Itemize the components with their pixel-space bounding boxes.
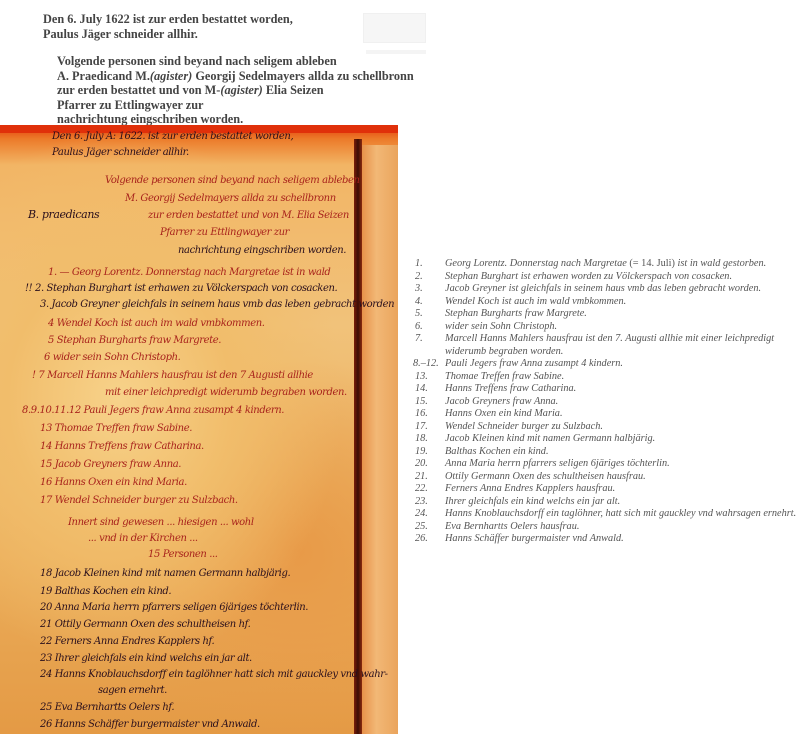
list-item: 20.Anna Maria herrn pfarrers seligen 6jä…	[413, 458, 800, 471]
list-item-number: 21.	[415, 471, 428, 484]
handwritten-line: 3. Jacob Greyner gleichfals in seinem ha…	[40, 299, 394, 310]
handwritten-line: 5 Stephan Burgharts fraw Margrete.	[48, 335, 221, 346]
list-item-text: Hanns Schäffer burgermaister vnd Anwald.	[445, 533, 624, 544]
list-item-text: Georg Lorentz. Donnerstag nach Margretae	[445, 258, 629, 269]
list-item-text: Hanns Knoblauchsdorff ein taglöhner, hat…	[445, 508, 796, 519]
manuscript-image: Den 6. July A: 1622. ist zur erden besta…	[0, 125, 398, 734]
list-item-text: Marcell Hanns Mahlers hausfrau ist den 7…	[445, 333, 774, 344]
list-item-text: Hanns Oxen ein kind Maria.	[445, 408, 563, 419]
list-item-number: 5.	[415, 308, 423, 321]
intro-transcription: Volgende personen sind beyand nach selig…	[57, 54, 417, 127]
intro-abbrev: (agister)	[220, 83, 262, 97]
handwritten-line: 25 Eva Bernhartts Oelers hf.	[40, 702, 174, 713]
list-item: 13.Thomae Treffen fraw Sabine.	[413, 371, 800, 384]
intro-line: Pfarrer zu Ettlingwayer zur	[57, 98, 417, 113]
list-item: 19.Balthas Kochen ein kind.	[413, 446, 800, 459]
intro-text: zur erden bestattet und von M-	[57, 83, 220, 97]
list-item: 3.Jacob Greyner ist gleichfals in seinem…	[413, 283, 800, 296]
handwritten-line: 13 Thomae Treffen fraw Sabine.	[40, 423, 192, 434]
list-item-number: 6.	[415, 321, 423, 334]
list-item-text: Ottily Germann Oxen des schultheisen hau…	[445, 471, 646, 482]
manuscript-binding	[354, 139, 362, 734]
handwritten-line: 17 Wendel Schneider burger zu Sulzbach.	[40, 495, 238, 506]
handwritten-line: mit einer leichpredigt widerumb begraben…	[105, 387, 347, 398]
list-item-text: Wendel Schneider burger zu Sulzbach.	[445, 421, 603, 432]
handwritten-line: 16 Hanns Oxen ein kind Maria.	[40, 477, 187, 488]
list-item: 22.Ferners Anna Endres Kapplers hausfrau…	[413, 483, 800, 496]
list-item-number: 17.	[415, 421, 428, 434]
list-item: 4.Wendel Koch ist auch im wald vmbkommen…	[413, 296, 800, 309]
list-item-number: 20.	[415, 458, 428, 471]
handwritten-line: Den 6. July A: 1622. ist zur erden besta…	[52, 131, 293, 142]
list-item-text: wider sein Sohn Christoph.	[445, 321, 557, 332]
list-item-number: 25.	[415, 521, 428, 534]
list-item-number: 14.	[415, 383, 428, 396]
list-item: 16.Hanns Oxen ein kind Maria.	[413, 408, 800, 421]
list-item: 14.Hanns Treffens fraw Catharina.	[413, 383, 800, 396]
list-item-number: 26.	[415, 533, 428, 546]
list-item-date-note: (= 14. Juli)	[629, 258, 675, 269]
list-item-number: 22.	[415, 483, 428, 496]
list-item-number: 2.	[415, 271, 423, 284]
handwritten-line: ! 7 Marcell Hanns Mahlers hausfrau ist d…	[32, 370, 313, 381]
list-item-text: Ferners Anna Endres Kapplers hausfrau.	[445, 483, 615, 494]
list-item-number: 24.	[415, 508, 428, 521]
list-item-text: ist in wald gestorben.	[675, 258, 766, 269]
handwritten-line: 18 Jacob Kleinen kind mit namen Germann …	[40, 568, 290, 579]
list-item-text: Ihrer gleichfals ein kind welchs ein jar…	[445, 496, 620, 507]
handwritten-line: M. Georgij Sedelmayers allda zu schellbr…	[125, 193, 336, 204]
list-item: 6.wider sein Sohn Christoph.	[413, 321, 800, 334]
list-item-text: Eva Bernhartts Oelers hausfrau.	[445, 521, 579, 532]
list-item-text: Thomae Treffen fraw Sabine.	[445, 371, 564, 382]
list-item: 26.Hanns Schäffer burgermaister vnd Anwa…	[413, 533, 800, 546]
list-item-number: 8.–12.	[413, 358, 439, 371]
list-item-text: Jacob Greyners fraw Anna.	[445, 396, 558, 407]
handwritten-line: 24 Hanns Knoblauchsdorff ein taglöhner h…	[40, 669, 388, 680]
handwritten-line: Pfarrer zu Ettlingwayer zur	[160, 227, 289, 238]
handwritten-line: Paulus Jäger schneider allhir.	[52, 147, 189, 158]
list-item-number: 19.	[415, 446, 428, 459]
list-item: 5.Stephan Burgharts fraw Margrete.	[413, 308, 800, 321]
list-item: 21.Ottily Germann Oxen des schultheisen …	[413, 471, 800, 484]
handwritten-line: 6 wider sein Sohn Christoph.	[44, 352, 180, 363]
intro-line: A. Praedicand M.(agister) Georgij Sedelm…	[57, 69, 417, 84]
intro-text: Elia Seizen	[263, 83, 324, 97]
handwritten-line: 23 Ihrer gleichfals ein kind welchs ein …	[40, 653, 252, 664]
intro-text: Georgij Sedelmayers allda zu schellbronn	[192, 69, 413, 83]
list-item: 15.Jacob Greyners fraw Anna.	[413, 396, 800, 409]
handwritten-line: B. praedicans	[28, 208, 99, 221]
list-item-number: 3.	[415, 283, 423, 296]
list-item-text: Stephan Burghart ist erhawen worden zu V…	[445, 271, 732, 282]
handwritten-line: 26 Hanns Schäffer burgermaister vnd Anwa…	[40, 719, 260, 730]
intro-line: Volgende personen sind beyand nach selig…	[57, 54, 417, 69]
list-item-text: Wendel Koch ist auch im wald vmbkommen.	[445, 296, 626, 307]
list-item-text: Stephan Burgharts fraw Margrete.	[445, 308, 587, 319]
list-item-number: 16.	[415, 408, 428, 421]
list-item-text: Pauli Jegers fraw Anna zusampt 4 kindern…	[445, 358, 623, 369]
handwritten-line: 4 Wendel Koch ist auch im wald vmbkommen…	[48, 318, 265, 329]
list-item: 7.Marcell Hanns Mahlers hausfrau ist den…	[413, 333, 800, 358]
list-item: 2.Stephan Burghart ist erhawen worden zu…	[413, 271, 800, 284]
handwritten-line: 19 Balthas Kochen ein kind.	[40, 586, 171, 597]
list-item-number: 7.	[415, 333, 423, 346]
list-item-number: 13.	[415, 371, 428, 384]
intro-abbrev: (agister)	[150, 69, 192, 83]
handwritten-line: 15 Jacob Greyners fraw Anna.	[40, 459, 181, 470]
list-item-text: Jacob Kleinen kind mit namen Germann hal…	[445, 433, 655, 444]
list-item: 8.–12.Pauli Jegers fraw Anna zusampt 4 k…	[413, 358, 800, 371]
handwritten-line: 1. — Georg Lorentz. Donnerstag nach Marg…	[48, 267, 330, 278]
handwritten-line: nachrichtung eingschriben worden.	[178, 245, 346, 256]
list-item-number: 18.	[415, 433, 428, 446]
list-item-number: 1.	[415, 258, 423, 271]
handwritten-line: 14 Hanns Treffens fraw Catharina.	[40, 441, 204, 452]
handwritten-line: 20 Anna Maria herrn pfarrers seligen 6jä…	[40, 602, 308, 613]
faded-logo	[363, 13, 426, 43]
handwritten-line: Innert sind gewesen ... hiesigen ... woh…	[68, 517, 254, 528]
list-item: 17.Wendel Schneider burger zu Sulzbach.	[413, 421, 800, 434]
list-item-continuation: widerumb begraben worden.	[445, 346, 800, 359]
handwritten-line: 15 Personen ...	[148, 549, 218, 560]
list-item-text: Anna Maria herrn pfarrers seligen 6järig…	[445, 458, 670, 469]
handwritten-line: ... vnd in der Kirchen ...	[88, 533, 198, 544]
list-item-text: Jacob Greyner ist gleichfals in seinem h…	[445, 283, 761, 294]
handwritten-line: zur erden bestattet und von M. Elia Seiz…	[148, 210, 349, 221]
intro-line: zur erden bestattet und von M-(agister) …	[57, 83, 417, 98]
handwritten-line: 22 Ferners Anna Endres Kapplers hf.	[40, 636, 214, 647]
intro-text: A. Praedicand M.	[57, 69, 150, 83]
list-item-number: 23.	[415, 496, 428, 509]
list-item-text: Hanns Treffens fraw Catharina.	[445, 383, 576, 394]
list-item-number: 15.	[415, 396, 428, 409]
list-item: 24.Hanns Knoblauchsdorff ein taglöhner, …	[413, 508, 800, 521]
handwritten-line: sagen ernehrt.	[98, 685, 167, 696]
handwritten-line: 21 Ottily Germann Oxen des schultheisen …	[40, 619, 250, 630]
handwritten-line: Volgende personen sind beyand nach selig…	[105, 175, 360, 186]
handwritten-line: 8.9.10.11.12 Pauli Jegers fraw Anna zusa…	[22, 405, 284, 416]
transcription-list: 1.Georg Lorentz. Donnerstag nach Margret…	[413, 258, 800, 546]
handwritten-line: !! 2. Stephan Burghart ist erhawen zu Vö…	[25, 283, 337, 294]
manuscript-facing-page	[362, 145, 398, 734]
list-item: 25.Eva Bernhartts Oelers hausfrau.	[413, 521, 800, 534]
list-item: 23.Ihrer gleichfals ein kind welchs ein …	[413, 496, 800, 509]
list-item-text: Balthas Kochen ein kind.	[445, 446, 549, 457]
list-item-number: 4.	[415, 296, 423, 309]
list-item: 18.Jacob Kleinen kind mit namen Germann …	[413, 433, 800, 446]
list-item: 1.Georg Lorentz. Donnerstag nach Margret…	[413, 258, 800, 271]
